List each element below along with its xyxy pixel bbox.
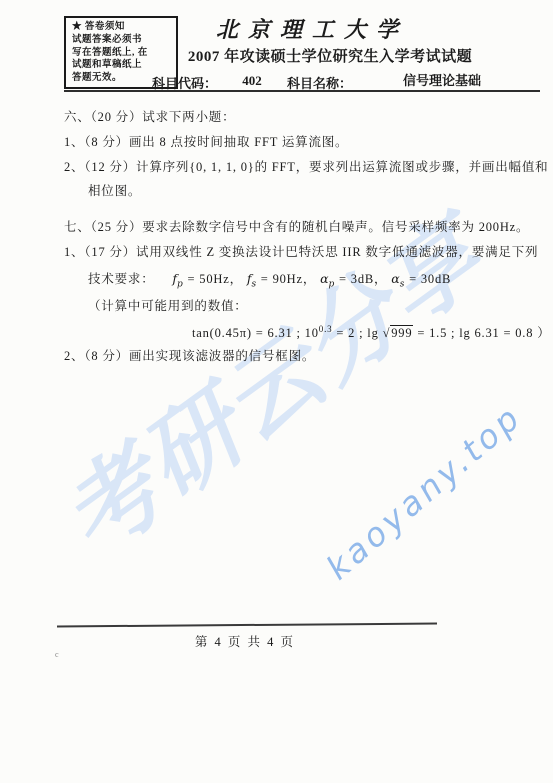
question-6-item-2-line-1: 2、（12 分）计算序列{0, 1, 1, 0}的 FFT，要求列出运算流图或步…	[64, 160, 548, 175]
question-7-item-1: 1、（17 分）试用双线性 Z 变换法设计巴特沃思 IIR 数字低通滤波器，要满…	[64, 245, 538, 260]
question-7-heading: 七、（25 分）要求去除数字信号中含有的随机白噪声。信号采样频率为 200Hz。	[64, 220, 529, 235]
question-6-heading: 六、（20 分）试求下两小题：	[64, 110, 235, 125]
subject-name-value: 信号理论基础	[356, 70, 528, 92]
star-icon: ★	[72, 22, 82, 32]
watermark-kaoyany-url: kaoyany.top	[318, 397, 529, 588]
spec-alpha-s: αs = 30dB	[391, 272, 451, 286]
question-6-item-2-line-2: 相位图。	[88, 184, 141, 199]
watermark-chinese: 考研云分享	[30, 183, 507, 582]
exam-subtitle: 2007 年攻读硕士学位研究生入学考试试题	[110, 45, 550, 66]
subject-name-label: 科目名称：	[287, 76, 352, 91]
header-rule	[64, 90, 540, 92]
formula-part-2: = 2 ; lg	[332, 326, 382, 340]
footer-rule	[57, 623, 437, 627]
formula-part-1: tan(0.45π) = 6.31 ; 10	[192, 326, 319, 340]
formula-sqrt-value: 999	[390, 325, 413, 340]
subject-code-label: 科目代码：	[152, 76, 217, 91]
spec-fp: fp = 50Hz，	[172, 272, 242, 286]
formula-part-3: = 1.5 ; lg 6.31 = 0.8 ）	[413, 326, 550, 340]
page-number: 第 4 页 共 4 页	[162, 632, 328, 650]
question-7-formula: tan(0.45π) = 6.31 ; 100.3 = 2 ; lg √999 …	[192, 322, 551, 341]
university-title: 北京理工大学	[92, 13, 532, 44]
scan-artifact: c	[55, 650, 59, 659]
question-6-item-1: 1、（8 分）画出 8 点按时间抽取 FFT 运算流图。	[64, 135, 348, 150]
question-7-note-open: （计算中可能用到的数值：	[88, 299, 248, 314]
question-7-item-2: 2、（8 分）画出实现该滤波器的信号框图。	[64, 349, 315, 364]
spec-alpha-p: αp = 3dB，	[320, 272, 387, 286]
exam-page: 考研云分享 kaoyany.top ★ 答卷须知 试题答案必须书 写在答题纸上,…	[0, 0, 553, 783]
subject-row: 科目代码：402科目名称：信号理论基础	[152, 70, 528, 92]
tech-requirements-label: 技术要求：	[88, 272, 155, 286]
spec-fs: fs = 90Hz，	[247, 272, 316, 286]
question-7-tech-specs: 技术要求： fp = 50Hz， fs = 90Hz， αp = 3dB， αs…	[88, 271, 451, 293]
formula-exponent: 0.3	[319, 324, 333, 334]
